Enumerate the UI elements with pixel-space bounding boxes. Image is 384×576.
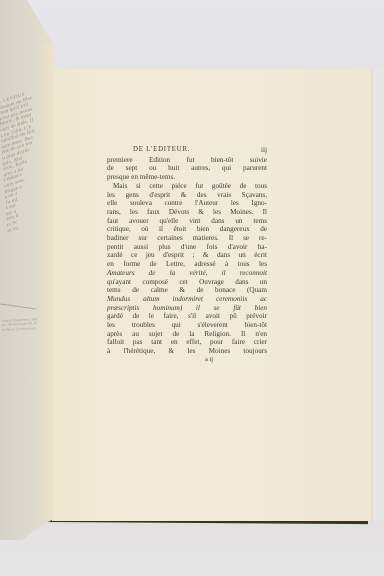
text-line: gardé de le faire, s'il avoit pû prévoir [107, 312, 267, 321]
background-wall [0, 0, 384, 70]
text-line: en forme de Lettre, adressé à tous les [107, 260, 267, 269]
text-line: pentit aussi plus d'une fois d'avoir ha- [107, 243, 267, 252]
text-line: critique, où il étoit bien dangereux de [107, 225, 267, 234]
text-line: à l'hérétique, & les Moines toujours [107, 347, 267, 356]
background-table [0, 520, 384, 576]
page-number: iij [261, 146, 267, 155]
text-line: presque en même-tems. [107, 173, 267, 182]
text-line: falloit pas tant en effet, pour faire cr… [107, 338, 267, 347]
text-line: de sept ou huit autres, qui parurent [107, 164, 267, 173]
text-line: Amateurs de la vérité, il reconnoit [107, 269, 267, 278]
text-line: tems de calme & de bonace (Quam [107, 286, 267, 295]
running-head: DE L'EDITEUR. iij [107, 146, 267, 155]
text-line: zardé ce jeu d'esprit ; & dans un écrit [107, 251, 267, 260]
photo-scene: r. 1 ESTIUS Raslem ou Rhae nom qu'il pri… [0, 0, 384, 576]
left-page-footnote: Henrici Pantaleonis, Histo. sec. Apophth… [1, 317, 38, 347]
text-line: les gens d'esprit & des vrais Sçavans, [107, 191, 267, 200]
body-text: premiere Edition fut bien-tôt suiviede s… [107, 156, 267, 356]
text-line: après au sujet de la Religion. Il n'en [107, 330, 267, 339]
text-line: premiere Edition fut bien-tôt suivie [107, 156, 267, 165]
text-line: badiner sur certaines matieres. Il se re… [107, 234, 267, 243]
text-line: Mundus altum indormiret ceremoniis ac [107, 295, 267, 304]
text-line: rans, les faux Dévots & les Moines. Il [107, 208, 267, 217]
text-line: les troubles qui s'éleverent bien-tôt [107, 321, 267, 330]
signature-mark: a ij [107, 356, 267, 365]
page-text-block: DE L'EDITEUR. iij premiere Edition fut b… [107, 146, 267, 365]
text-line: elle souleva contre l'Auteur les Igno- [107, 199, 267, 208]
page-fore-edge [371, 70, 374, 520]
text-line: præscriptis hominum) il se fût bien [107, 304, 267, 313]
text-line: qu'ayant composé cet Ouvrage dans un [107, 278, 267, 287]
text-line: faut avouer qu'elle vint dans un tems [107, 217, 267, 226]
gutter-shadow [40, 45, 54, 520]
running-title: DE L'EDITEUR. [133, 146, 190, 155]
text-line: Mais si cette piéce fut goûtée de tous [107, 182, 267, 191]
